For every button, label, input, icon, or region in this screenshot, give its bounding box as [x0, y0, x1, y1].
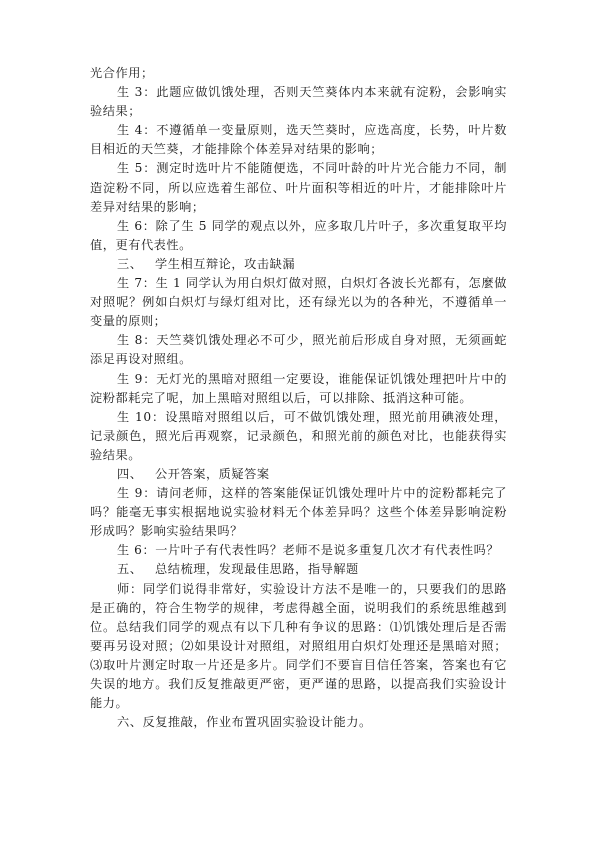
paragraph-student-5: 生 5：测定时选叶片不能随便选，不同叶龄的叶片光合能力不同，制造淀粉不同，所以应…: [90, 159, 507, 216]
paragraph-continuation: 光合作用；: [90, 64, 507, 83]
document-page: 光合作用； 生 3：此题应做饥饿处理，否则天竺葵体内本来就有淀粉，会影响实验结果…: [90, 64, 507, 732]
paragraph-student-3: 生 3：此题应做饥饿处理，否则天竺葵体内本来就有淀粉，会影响实验结果；: [90, 83, 507, 121]
paragraph-student-6: 生 6：除了生 5 同学的观点以外，应多取几片叶子，多次重复取平均值，更有代表性…: [90, 217, 507, 255]
section-number: 四、: [117, 465, 155, 484]
section-title: 公开答案，质疑答案: [155, 467, 270, 481]
section-number: 五、: [117, 560, 155, 579]
section-heading-3: 三、学生相互辩论，攻击缺漏: [90, 255, 507, 274]
paragraph-student-7: 生 7：生 1 同学认为用白炽灯做对照，白炽灯各波长光都有，怎麼做对照呢？例如白…: [90, 274, 507, 331]
paragraph-student-8: 生 8：天竺葵饥饿处理必不可少，照光前后形成自身对照，无须画蛇添足再设对照组。: [90, 331, 507, 369]
section-heading-4: 四、公开答案，质疑答案: [90, 465, 507, 484]
paragraph-student-10: 生 10：设黑暗对照组以后，可不做饥饿处理，照光前用碘液处理，记录颜色，照光后再…: [90, 408, 507, 465]
paragraph-teacher-summary: 师：同学们说得非常好，实验设计方法不是唯一的，只要我们的思路是正确的，符合生物学…: [90, 580, 507, 714]
paragraph-student-6-question: 生 6：一片叶子有代表性吗？老师不是说多重复几次才有代表性吗？: [90, 541, 507, 560]
section-title: 学生相互辩论，攻击缺漏: [155, 257, 295, 271]
paragraph-section-6: 六、反复推敲，作业布置巩固实验设计能力。: [90, 713, 507, 732]
paragraph-student-4: 生 4：不遵循单一变量原则，选天竺葵时，应选高度，长势，叶片数目相近的天竺葵，才…: [90, 121, 507, 159]
paragraph-student-9: 生 9：无灯光的黑暗对照组一定要设，谁能保证饥饿处理把叶片中的淀粉都耗完了呢，加…: [90, 370, 507, 408]
section-title: 总结梳理，发现最佳思路，指导解题: [155, 562, 359, 576]
paragraph-student-9-question: 生 9：请问老师，这样的答案能保证饥饿处理叶片中的淀粉都耗完了吗？能毫无事实根据…: [90, 484, 507, 541]
section-number: 三、: [117, 255, 155, 274]
section-heading-5: 五、总结梳理，发现最佳思路，指导解题: [90, 560, 507, 579]
